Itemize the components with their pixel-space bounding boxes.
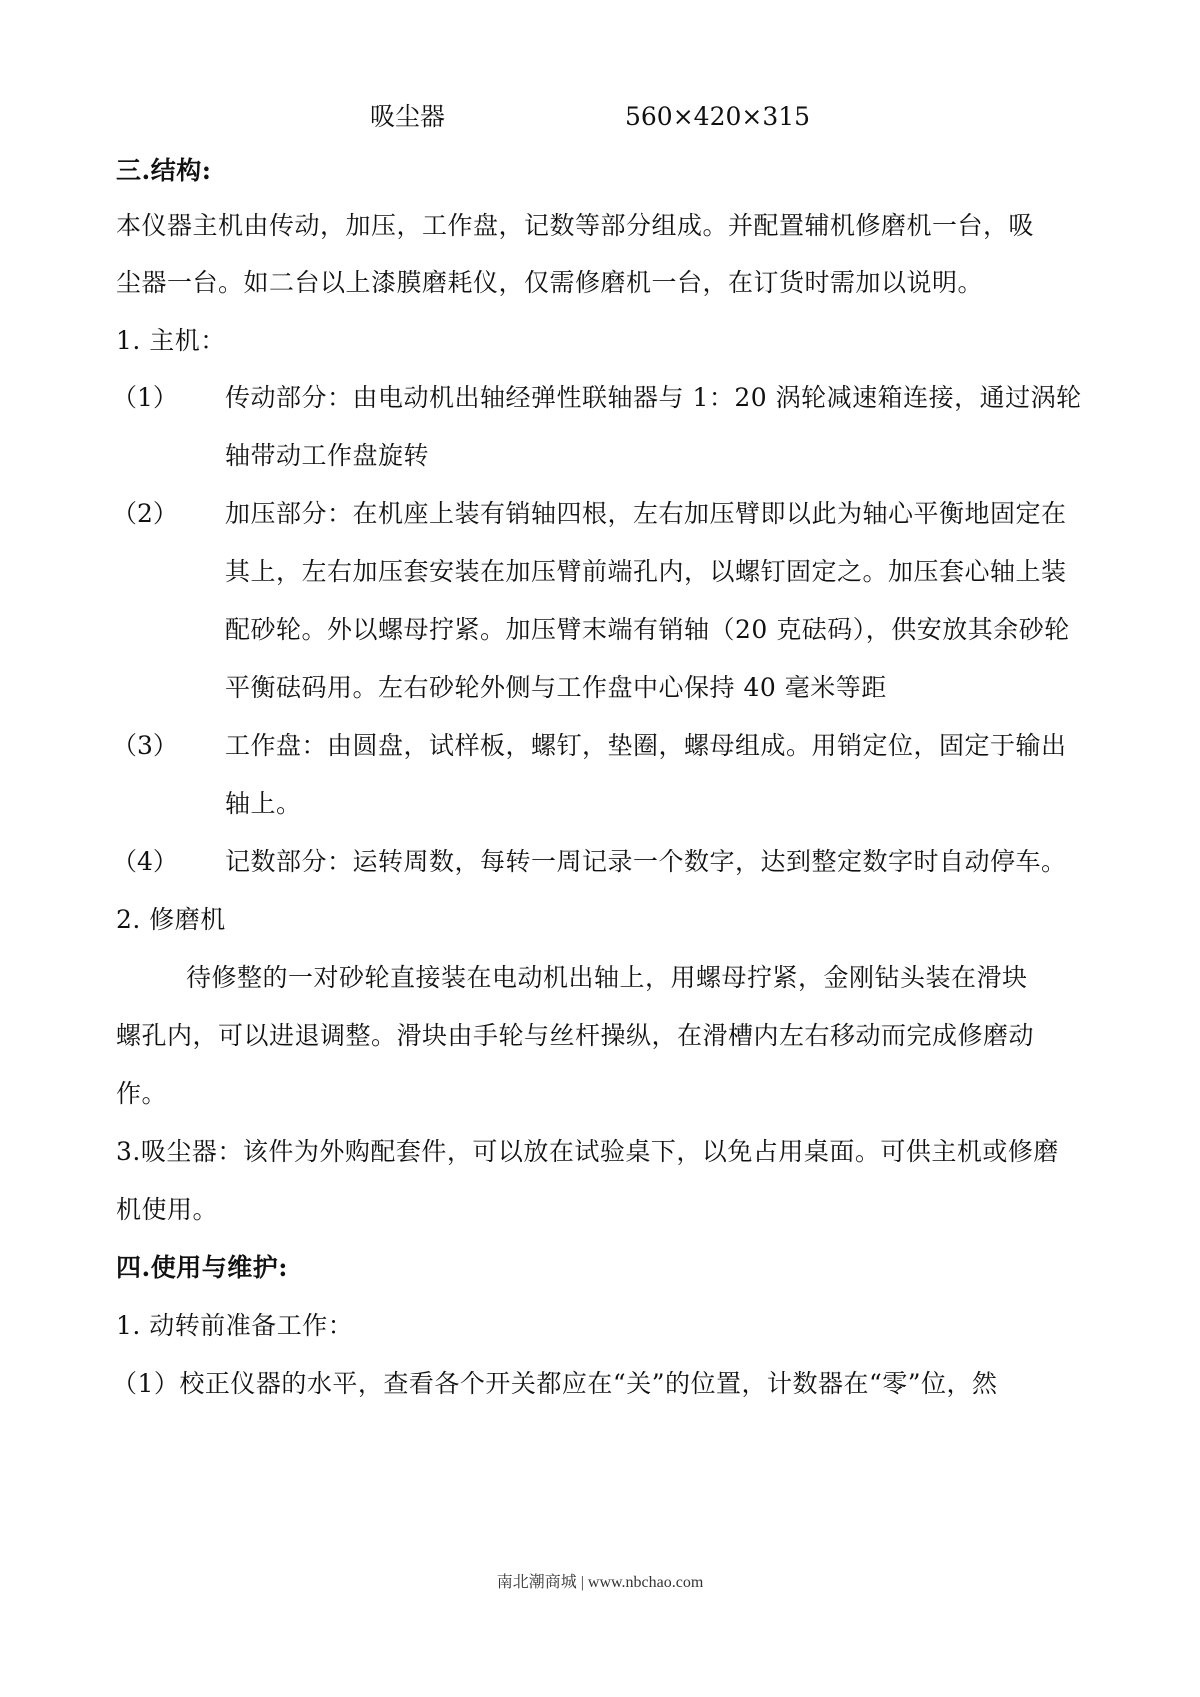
grinder-line-3: 作。 bbox=[116, 1078, 167, 1110]
item-3-line-1: 工作盘：由圆盘，试样板，螺钉，垫圈，螺母组成。用销定位，固定于输出 bbox=[225, 730, 1067, 762]
item-1-number: （1） bbox=[112, 382, 178, 414]
item-4-line-1: 记数部分：运转周数，每转一周记录一个数字，达到整定数字时自动停车。 bbox=[225, 846, 1067, 878]
grinder-title: 2. 修磨机 bbox=[116, 904, 226, 936]
intro-line-2: 尘器一台。如二台以上漆膜磨耗仪，仅需修磨机一台，在订货时需加以说明。 bbox=[116, 267, 983, 299]
item-3-number: （3） bbox=[112, 730, 178, 762]
item-4-number: （4） bbox=[112, 846, 178, 878]
item-3-line-2: 轴上。 bbox=[225, 788, 302, 820]
spec-item-name: 吸尘器 bbox=[370, 101, 445, 133]
page-footer: 南北潮商城 | www.nbchao.com bbox=[0, 1573, 1200, 1593]
item-2-line-1: 加压部分：在机座上装有销轴四根，左右加压臂即以此为轴心平衡地固定在 bbox=[225, 498, 1067, 530]
vacuum-line-2: 机使用。 bbox=[116, 1194, 218, 1226]
item-2-line-2: 其上，左右加压套安装在加压臂前端孔内，以螺钉固定之。加压套心轴上装 bbox=[225, 556, 1067, 588]
item-1-line-2: 轴带动工作盘旋转 bbox=[225, 440, 429, 472]
vacuum-line-1: 3.吸尘器：该件为外购配套件，可以放在试验桌下，以免占用桌面。可供主机或修磨 bbox=[116, 1136, 1059, 1168]
grinder-line-2: 螺孔内，可以进退调整。滑块由手轮与丝杆操纵，在滑槽内左右移动而完成修磨动 bbox=[116, 1020, 1034, 1052]
main-machine-title: 1. 主机： bbox=[116, 325, 226, 357]
section-3-heading: 三.结构: bbox=[116, 155, 211, 187]
item-2-line-3: 配砂轮。外以螺母拧紧。加压臂末端有销轴（20 克砝码），供安放其余砂轮 bbox=[225, 614, 1070, 646]
section-4-item-1: （1）校正仪器的水平，查看各个开关都应在“关”的位置，计数器在“零”位，然 bbox=[112, 1368, 998, 1400]
intro-line-1: 本仪器主机由传动，加压，工作盘，记数等部分组成。并配置辅机修磨机一台，吸 bbox=[116, 210, 1034, 242]
section-4-subheading: 1. 动转前准备工作： bbox=[116, 1310, 353, 1342]
item-1-line-1: 传动部分：由电动机出轴经弹性联轴器与 1：20 涡轮减速箱连接，通过涡轮 bbox=[225, 382, 1082, 414]
item-2-number: （2） bbox=[112, 498, 178, 530]
document-page: 吸尘器 560×420×315 三.结构: 本仪器主机由传动，加压，工作盘，记数… bbox=[0, 0, 1200, 1697]
section-4-heading: 四.使用与维护: bbox=[116, 1252, 288, 1284]
spec-item-dimensions: 560×420×315 bbox=[625, 101, 810, 133]
item-2-line-4: 平衡砝码用。左右砂轮外侧与工作盘中心保持 40 毫米等距 bbox=[225, 672, 887, 704]
grinder-line-1: 待修整的一对砂轮直接装在电动机出轴上，用螺母拧紧，金刚钻头装在滑块 bbox=[186, 962, 1028, 994]
